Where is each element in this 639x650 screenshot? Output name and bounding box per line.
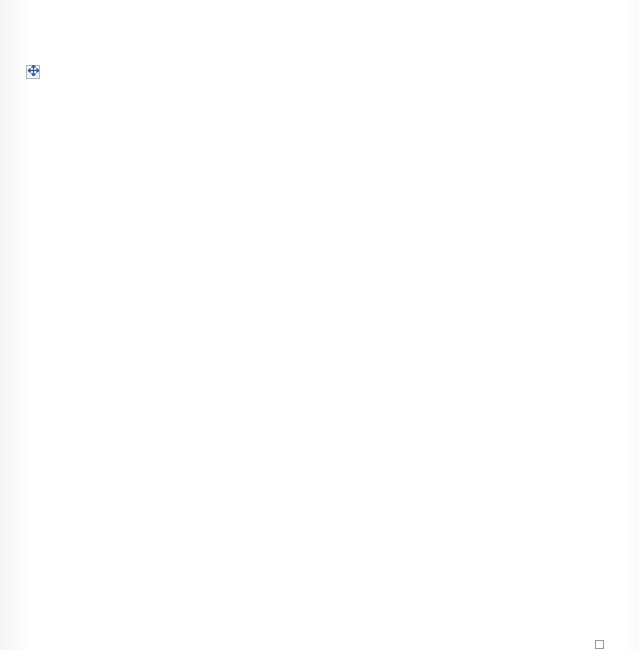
document-page bbox=[0, 0, 639, 650]
table-move-handle[interactable] bbox=[26, 65, 40, 79]
doc-subtitle bbox=[0, 43, 639, 63]
move-arrows-icon bbox=[28, 63, 39, 81]
table-resize-handle[interactable] bbox=[595, 640, 604, 649]
doc-title bbox=[0, 0, 639, 29]
